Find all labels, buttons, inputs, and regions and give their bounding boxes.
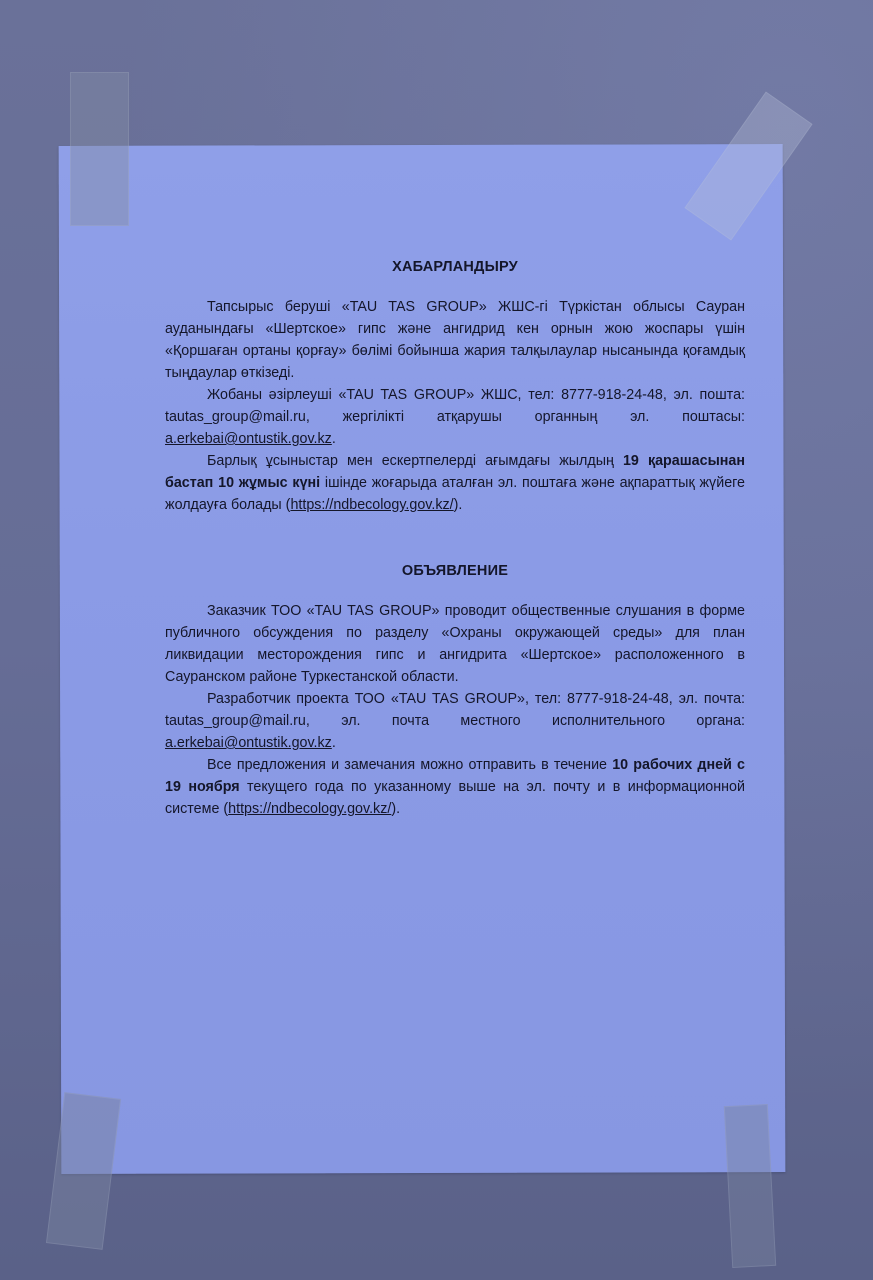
russian-deadline-text: Все предложения и замечания можно отправ…: [207, 757, 612, 773]
section-divider-space: [165, 516, 745, 560]
punctuation: .: [332, 431, 336, 447]
russian-website-link[interactable]: https://ndbecology.gov.kz/: [228, 801, 391, 817]
russian-heading: ОБЪЯВЛЕНИЕ: [165, 560, 745, 582]
punctuation: ).: [454, 497, 463, 513]
kazakh-heading: ХАБАРЛАНДЫРУ: [165, 256, 745, 278]
russian-email-link[interactable]: a.erkebai@ontustik.gov.kz: [165, 735, 332, 751]
kazakh-deadline-text: Барлық ұсыныстар мен ескертпелерді ағымд…: [207, 453, 623, 469]
russian-contacts-text: Разработчик проекта ТОО «TAU TAS GROUP»,…: [165, 691, 745, 729]
kazakh-email-link[interactable]: a.erkebai@ontustik.gov.kz: [165, 431, 332, 447]
kazakh-paragraph-2: Жобаны әзірлеуші «TAU TAS GROUP» ЖШС, те…: [165, 384, 745, 450]
punctuation: .: [332, 735, 336, 751]
tape-bottom-right: [724, 1104, 776, 1268]
kazakh-website-link[interactable]: https://ndbecology.gov.kz/: [290, 497, 453, 513]
russian-announcement: ОБЪЯВЛЕНИЕ Заказчик ТОО «TAU TAS GROUP» …: [165, 560, 745, 820]
kazakh-contacts-text: Жобаны әзірлеуші «TAU TAS GROUP» ЖШС, те…: [165, 387, 745, 425]
notice-content: ХАБАРЛАНДЫРУ Тапсырыс беруші «TAU TAS GR…: [165, 256, 745, 820]
russian-paragraph-3: Все предложения и замечания можно отправ…: [165, 754, 745, 820]
russian-paragraph-1: Заказчик ТОО «TAU TAS GROUP» проводит об…: [165, 600, 745, 688]
kazakh-paragraph-3: Барлық ұсыныстар мен ескертпелерді ағымд…: [165, 450, 745, 516]
punctuation: ).: [391, 801, 400, 817]
kazakh-announcement: ХАБАРЛАНДЫРУ Тапсырыс беруші «TAU TAS GR…: [165, 256, 745, 516]
tape-top-left: [70, 72, 129, 226]
kazakh-paragraph-1: Тапсырыс беруші «TAU TAS GROUP» ЖШС-гі Т…: [165, 296, 745, 384]
russian-paragraph-2: Разработчик проекта ТОО «TAU TAS GROUP»,…: [165, 688, 745, 754]
